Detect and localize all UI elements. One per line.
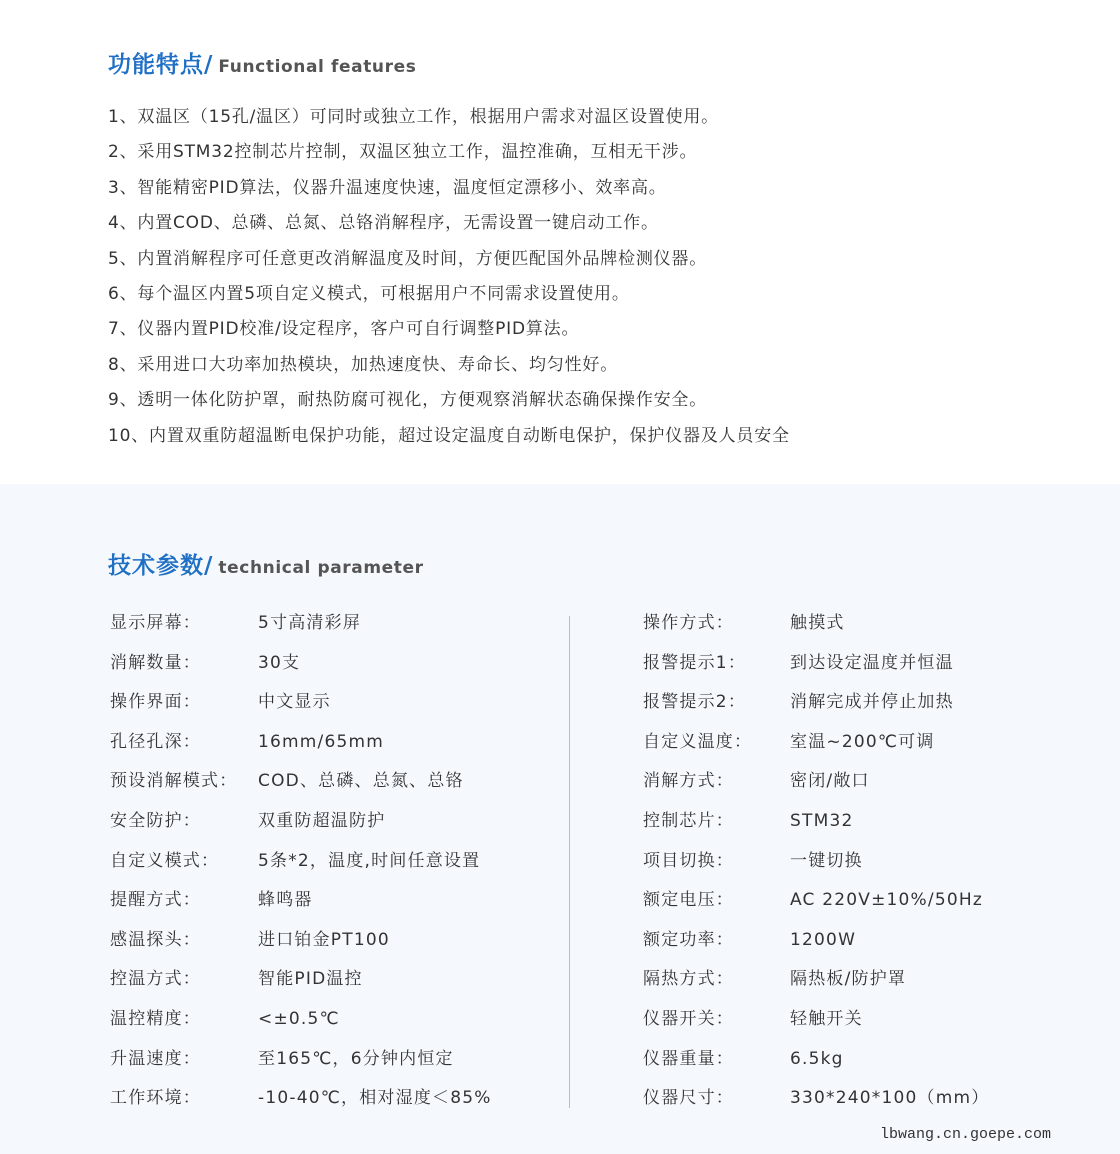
- param-label: 显示屏幕：: [110, 610, 258, 650]
- param-row: 预设消解模式：COD、总磷、总氮、总铬: [110, 768, 550, 808]
- param-row: 消解数量：30支: [110, 650, 550, 690]
- param-label: 报警提示1：: [643, 650, 790, 690]
- params-right-column: 操作方式：触摸式 报警提示1：到达设定温度并恒温 报警提示2：消解完成并停止加热…: [643, 610, 1063, 1125]
- params-title-slash: /: [204, 553, 212, 579]
- param-label: 项目切换：: [643, 848, 790, 888]
- param-label: 仪器重量：: [643, 1046, 790, 1086]
- param-value: 5寸高清彩屏: [258, 610, 361, 650]
- param-label: 控制芯片：: [643, 808, 790, 848]
- param-label: 仪器尺寸：: [643, 1085, 790, 1125]
- param-row: 消解方式：密闭/敞口: [643, 768, 1063, 808]
- param-label: 操作界面：: [110, 689, 258, 729]
- param-row: 感温探头：进口铂金PT100: [110, 927, 550, 967]
- param-label: 隔热方式：: [643, 966, 790, 1006]
- param-label: 升温速度：: [110, 1046, 258, 1086]
- param-value: 进口铂金PT100: [258, 927, 390, 967]
- param-label: 报警提示2：: [643, 689, 790, 729]
- param-row: 控温方式：智能PID温控: [110, 966, 550, 1006]
- param-row: 自定义温度：室温~200℃可调: [643, 729, 1063, 769]
- param-row: 孔径孔深：16mm/65mm: [110, 729, 550, 769]
- param-label: 额定电压：: [643, 887, 790, 927]
- param-value: 至165℃，6分钟内恒定: [258, 1046, 454, 1086]
- column-divider: [569, 616, 570, 1108]
- param-row: 升温速度：至165℃，6分钟内恒定: [110, 1046, 550, 1086]
- params-title-cn: 技术参数: [108, 547, 204, 580]
- param-label: 仪器开关：: [643, 1006, 790, 1046]
- param-value: AC 220V±10%/50Hz: [790, 887, 983, 927]
- param-value: 室温~200℃可调: [790, 729, 935, 769]
- param-label: 操作方式：: [643, 610, 790, 650]
- param-value: 16mm/65mm: [258, 729, 384, 769]
- param-label: 感温探头：: [110, 927, 258, 967]
- feature-item: 8、采用进口大功率加热模块，加热速度快、寿命长、均匀性好。: [108, 352, 790, 387]
- feature-item: 2、采用STM32控制芯片控制，双温区独立工作，温控准确，互相无干涉。: [108, 139, 790, 174]
- param-value: COD、总磷、总氮、总铬: [258, 768, 464, 808]
- param-value: 6.5kg: [790, 1046, 844, 1086]
- param-row: 提醒方式：蜂鸣器: [110, 887, 550, 927]
- param-value: 轻触开关: [790, 1006, 863, 1046]
- features-section: 功能特点 / Functional features 1、双温区（15孔/温区）…: [0, 0, 1120, 484]
- param-row: 报警提示1：到达设定温度并恒温: [643, 650, 1063, 690]
- param-value: 30支: [258, 650, 300, 690]
- param-value: 蜂鸣器: [258, 887, 313, 927]
- param-label: 孔径孔深：: [110, 729, 258, 769]
- param-value: 一键切换: [790, 848, 863, 888]
- param-row: 报警提示2：消解完成并停止加热: [643, 689, 1063, 729]
- param-row: 仪器尺寸：330*240*100（mm）: [643, 1085, 1063, 1125]
- param-value: 密闭/敞口: [790, 768, 870, 808]
- param-value: 消解完成并停止加热: [790, 689, 954, 729]
- feature-item: 9、透明一体化防护罩，耐热防腐可视化，方便观察消解状态确保操作安全。: [108, 387, 790, 422]
- watermark: lbwang.cn.goepe.com: [880, 1126, 1051, 1143]
- param-value: 智能PID温控: [258, 966, 363, 1006]
- param-row: 自定义模式：5条*2，温度,时间任意设置: [110, 848, 550, 888]
- feature-item: 5、内置消解程序可任意更改消解温度及时间，方便匹配国外品牌检测仪器。: [108, 246, 790, 281]
- params-left-column: 显示屏幕：5寸高清彩屏 消解数量：30支 操作界面：中文显示 孔径孔深：16mm…: [110, 610, 550, 1125]
- feature-list: 1、双温区（15孔/温区）可同时或独立工作，根据用户需求对温区设置使用。 2、采…: [108, 104, 790, 458]
- param-label: 温控精度：: [110, 1006, 258, 1046]
- param-value: 1200W: [790, 927, 856, 967]
- param-value: <±0.5℃: [258, 1006, 340, 1046]
- feature-item: 7、仪器内置PID校准/设定程序，客户可自行调整PID算法。: [108, 316, 790, 351]
- param-row: 仪器重量：6.5kg: [643, 1046, 1063, 1086]
- param-row: 操作方式：触摸式: [643, 610, 1063, 650]
- param-label: 消解数量：: [110, 650, 258, 690]
- features-title-slash: /: [204, 52, 212, 78]
- features-title-en: Functional features: [218, 57, 416, 77]
- param-label: 消解方式：: [643, 768, 790, 808]
- param-label: 提醒方式：: [110, 887, 258, 927]
- param-value: 5条*2，温度,时间任意设置: [258, 848, 480, 888]
- param-label: 自定义模式：: [110, 848, 258, 888]
- param-row: 安全防护：双重防超温防护: [110, 808, 550, 848]
- param-value: -10-40℃，相对湿度＜85%: [258, 1085, 492, 1125]
- param-value: 隔热板/防护罩: [790, 966, 906, 1006]
- param-label: 预设消解模式：: [110, 768, 258, 808]
- feature-item: 4、内置COD、总磷、总氮、总铬消解程序，无需设置一键启动工作。: [108, 210, 790, 245]
- param-value: 触摸式: [790, 610, 845, 650]
- param-value: STM32: [790, 808, 853, 848]
- params-heading: 技术参数 / technical parameter: [108, 547, 424, 580]
- param-row: 操作界面：中文显示: [110, 689, 550, 729]
- features-heading: 功能特点 / Functional features: [108, 46, 416, 79]
- param-row: 额定电压：AC 220V±10%/50Hz: [643, 887, 1063, 927]
- param-label: 安全防护：: [110, 808, 258, 848]
- param-row: 仪器开关：轻触开关: [643, 1006, 1063, 1046]
- param-row: 显示屏幕：5寸高清彩屏: [110, 610, 550, 650]
- param-value: 双重防超温防护: [258, 808, 385, 848]
- feature-item: 3、智能精密PID算法，仪器升温速度快速，温度恒定漂移小、效率高。: [108, 175, 790, 210]
- param-row: 控制芯片：STM32: [643, 808, 1063, 848]
- param-label: 工作环境：: [110, 1085, 258, 1125]
- param-value: 330*240*100（mm）: [790, 1085, 989, 1125]
- param-value: 中文显示: [258, 689, 331, 729]
- feature-item: 1、双温区（15孔/温区）可同时或独立工作，根据用户需求对温区设置使用。: [108, 104, 790, 139]
- param-row: 工作环境：-10-40℃，相对湿度＜85%: [110, 1085, 550, 1125]
- param-row: 隔热方式：隔热板/防护罩: [643, 966, 1063, 1006]
- features-title-cn: 功能特点: [108, 46, 204, 79]
- param-row: 额定功率：1200W: [643, 927, 1063, 967]
- param-row: 温控精度：<±0.5℃: [110, 1006, 550, 1046]
- feature-item: 6、每个温区内置5项自定义模式，可根据用户不同需求设置使用。: [108, 281, 790, 316]
- param-label: 控温方式：: [110, 966, 258, 1006]
- param-row: 项目切换：一键切换: [643, 848, 1063, 888]
- param-label: 额定功率：: [643, 927, 790, 967]
- params-title-en: technical parameter: [218, 558, 423, 578]
- feature-item: 10、内置双重防超温断电保护功能，超过设定温度自动断电保护，保护仪器及人员安全: [108, 423, 790, 458]
- param-value: 到达设定温度并恒温: [790, 650, 954, 690]
- param-label: 自定义温度：: [643, 729, 790, 769]
